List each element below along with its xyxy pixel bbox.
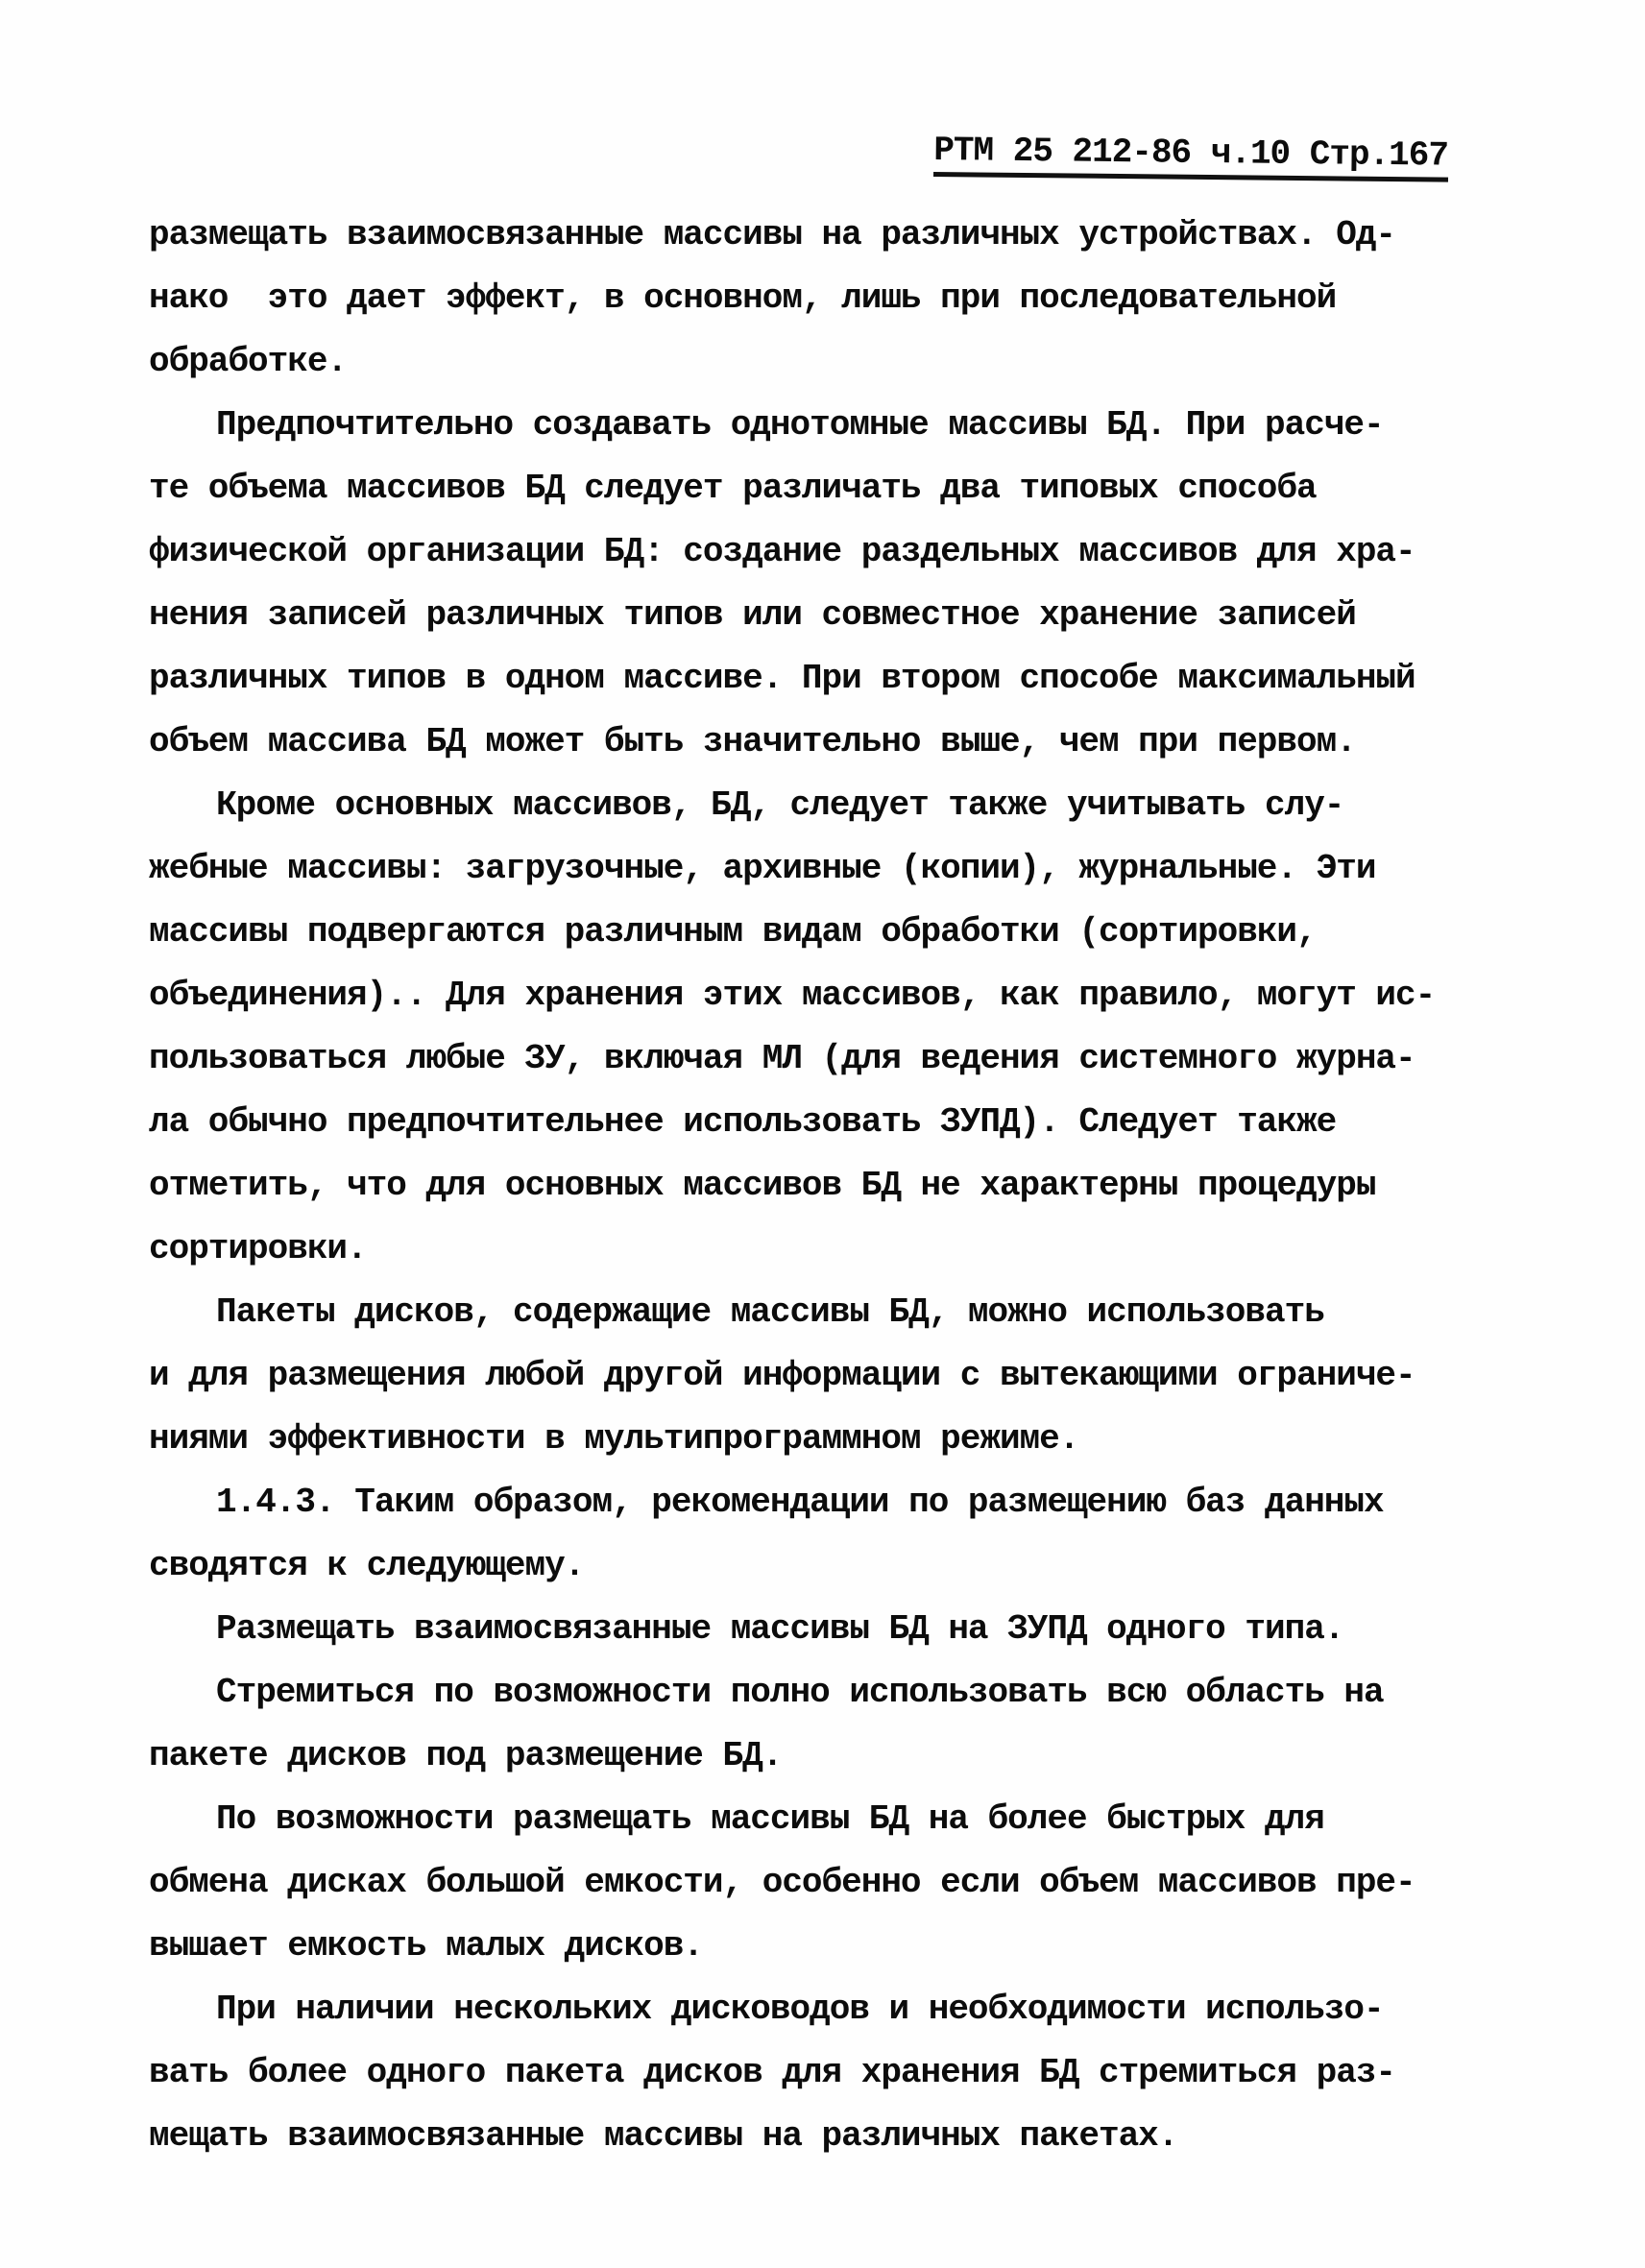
document-body: размещать взаимосвязанные массивы на раз…	[149, 204, 1532, 2168]
text-line: При наличии нескольких дисководов и необ…	[149, 1978, 1532, 2041]
text-line: Стремиться по возможности полно использо…	[149, 1661, 1532, 1725]
text-line: и для размещения любой другой информации…	[149, 1344, 1532, 1408]
text-line: Предпочтительно создавать однотомные мас…	[149, 394, 1532, 457]
text-line: пакете дисков под размещение БД.	[149, 1725, 1532, 1788]
text-line: По возможности размещать массивы БД на б…	[149, 1788, 1532, 1851]
text-line: нако это дает эффект, в основном, лишь п…	[149, 267, 1532, 330]
text-line: Кроме основных массивов, БД, следует так…	[149, 774, 1532, 837]
text-line: мещать взаимосвязанные массивы на различ…	[149, 2105, 1532, 2168]
text-line: ла обычно предпочтительнее использовать …	[149, 1091, 1532, 1154]
text-line: сводятся к следующему.	[149, 1534, 1532, 1598]
scanned-document-page: РТМ 25 212-86 ч.10 Стр.167 размещать вза…	[0, 0, 1645, 2268]
text-line: те объема массивов БД следует различать …	[149, 457, 1532, 520]
text-line: отметить, что для основных массивов БД н…	[149, 1154, 1532, 1218]
text-line: жебные массивы: загрузочные, архивные (к…	[149, 837, 1532, 901]
text-line: ниями эффективности в мультипрограммном …	[149, 1408, 1532, 1471]
text-line: вышает емкость малых дисков.	[149, 1915, 1532, 1978]
text-line: объем массива БД может быть значительно …	[149, 711, 1532, 774]
text-line: различных типов в одном массиве. При вто…	[149, 647, 1532, 711]
text-line: обмена дисках большой емкости, особенно …	[149, 1851, 1532, 1915]
text-line: Размещать взаимосвязанные массивы БД на …	[149, 1598, 1532, 1661]
text-line: физической организации БД: создание разд…	[149, 520, 1532, 584]
text-line: размещать взаимосвязанные массивы на раз…	[149, 204, 1532, 267]
text-line: массивы подвергаются различным видам обр…	[149, 901, 1532, 964]
text-line: сортировки.	[149, 1218, 1532, 1281]
text-line: нения записей различных типов или совмес…	[149, 584, 1532, 647]
text-line: объединения).. Для хранения этих массиво…	[149, 964, 1532, 1027]
page-header: РТМ 25 212-86 ч.10 Стр.167	[933, 131, 1448, 182]
text-line: Пакеты дисков, содержащие массивы БД, мо…	[149, 1281, 1532, 1344]
text-line: 1.4.3. Таким образом, рекомендации по ра…	[149, 1471, 1532, 1534]
text-line: вать более одного пакета дисков для хран…	[149, 2041, 1532, 2105]
text-line: обработке.	[149, 330, 1532, 394]
text-line: пользоваться любые ЗУ, включая МЛ (для в…	[149, 1027, 1532, 1091]
